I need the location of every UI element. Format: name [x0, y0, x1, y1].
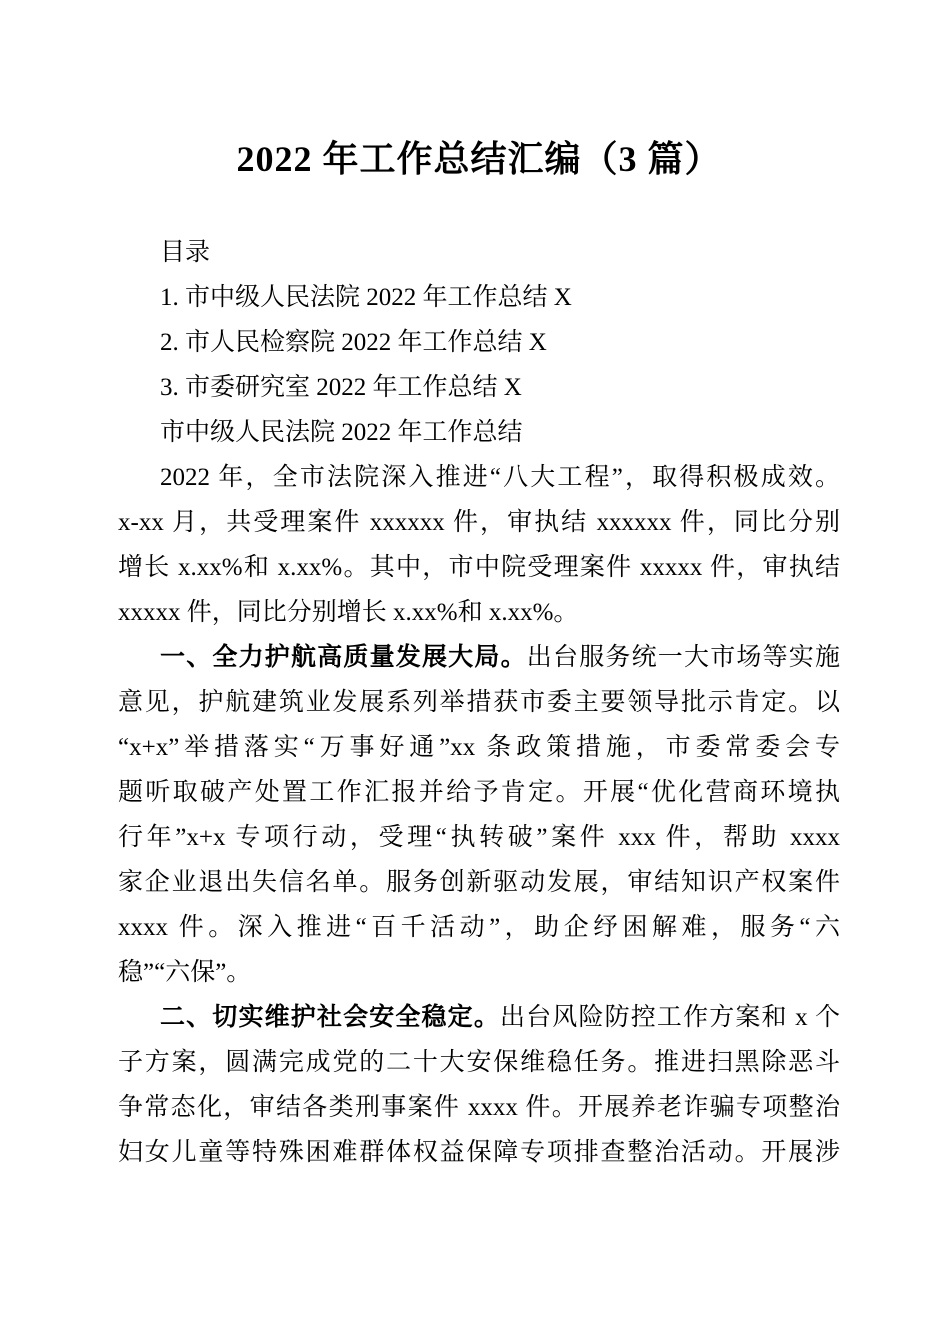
text-line: “x+x”举措落实“万事好通”xx 条政策措施，市委常委会专 — [118, 725, 840, 770]
text-line: xxxxx 件，同比分别增长 x.xx%和 x.xx%。 — [118, 590, 840, 635]
text-line: 家企业退出失信名单。服务创新驱动发展，审结知识产权案件 — [118, 860, 840, 905]
text-line: 意见，护航建筑业发展系列举措获市委主要领导批示肯定。以 — [118, 680, 840, 725]
text-line: x-xx 月，共受理案件 xxxxxx 件，审执结 xxxxxx 件，同比分别 — [118, 500, 840, 545]
text-line: 增长 x.xx%和 x.xx%。其中，市中院受理案件 xxxxx 件，审执结 — [118, 545, 840, 590]
document-page: 2022 年工作总结汇编（3 篇） 目录1. 市中级人民法院 2022 年工作总… — [0, 0, 950, 1344]
text-line: 妇女儿童等特殊困难群体权益保障专项排查整治活动。开展涉 — [118, 1130, 840, 1175]
document-content: 2022 年工作总结汇编（3 篇） 目录1. 市中级人民法院 2022 年工作总… — [0, 0, 950, 1175]
text-line: 二、切实维护社会安全稳定。出台风险防控工作方案和 x 个 — [118, 995, 840, 1040]
text-line: 一、全力护航高质量发展大局。出台服务统一大市场等实施 — [118, 635, 840, 680]
text-line: 3. 市委研究室 2022 年工作总结 X — [118, 365, 840, 410]
section-heading: 一、全力护航高质量发展大局。 — [160, 643, 527, 671]
text-line: 目录 — [118, 230, 840, 275]
document-title: 2022 年工作总结汇编（3 篇） — [118, 136, 840, 182]
text-line: 行年”x+x 专项行动，受理“执转破”案件 xxx 件，帮助 xxxx — [118, 815, 840, 860]
text-line: xxxx 件。深入推进“百千活动”，助企纾困解难，服务“六 — [118, 905, 840, 950]
text-line: 2. 市人民检察院 2022 年工作总结 X — [118, 320, 840, 365]
text-line: 2022 年，全市法院深入推进“八大工程”，取得积极成效。 — [118, 455, 840, 500]
text-line: 争常态化，审结各类刑事案件 xxxx 件。开展养老诈骗专项整治 — [118, 1085, 840, 1130]
text-line: 子方案，圆满完成党的二十大安保维稳任务。推进扫黑除恶斗 — [118, 1040, 840, 1085]
section-heading: 二、切实维护社会安全稳定。 — [160, 1003, 500, 1031]
text-line: 稳”“六保”。 — [118, 950, 840, 995]
text-line: 1. 市中级人民法院 2022 年工作总结 X — [118, 275, 840, 320]
text-line: 市中级人民法院 2022 年工作总结 — [118, 410, 840, 455]
text-line: 题听取破产处置工作汇报并给予肯定。开展“优化营商环境执 — [118, 770, 840, 815]
document-body: 目录1. 市中级人民法院 2022 年工作总结 X2. 市人民检察院 2022 … — [118, 230, 840, 1175]
